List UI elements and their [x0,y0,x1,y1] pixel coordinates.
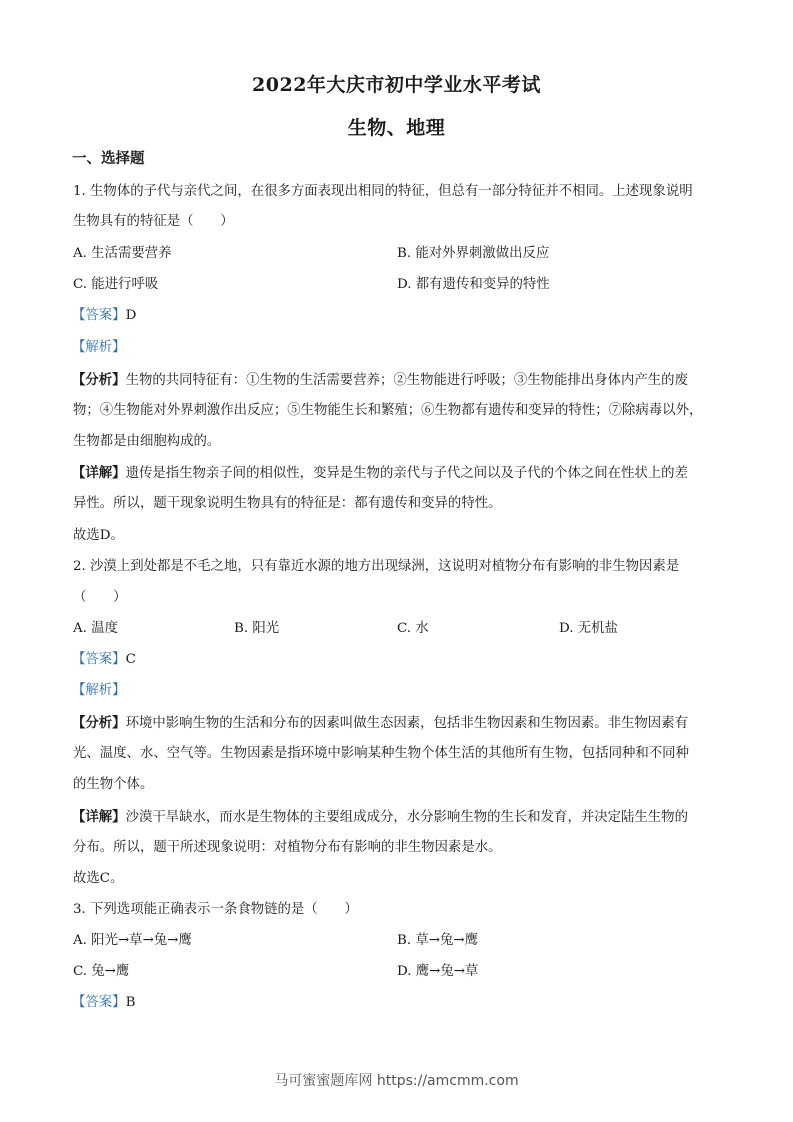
q1-detail-line-2: 异性。所以，题干现象说明生物具有的特征是：都有遗传和变异的特性。 [73,495,723,513]
q3-answer-value: B [126,995,136,1010]
q3-stem-line-1: 3. 下列选项能正确表示一条食物链的是（ ） [73,901,723,919]
answer-tag: 【答案】 [72,995,126,1010]
q1-analysis-line-3: 生物都是由细胞构成的。 [73,433,723,451]
q3-option-c: C. 兔→鹰 [73,963,129,981]
q1-option-b: B. 能对外界刺激做出反应 [397,245,549,263]
analysis-tag: 【分析】 [72,372,126,388]
answer-tag: 【答案】 [72,652,126,667]
q1-option-d: D. 都有遗传和变异的特性 [397,276,550,294]
q2-detail-line-2: 分布。所以，题干所述现象说明：对植物分布有影响的非生物因素是水。 [73,839,723,857]
q1-option-c: C. 能进行呼吸 [73,276,158,294]
document-title: 2022年大庆市初中学业水平考试 [0,70,793,97]
q3-option-b: B. 草→兔→鹰 [397,932,478,950]
q1-explanation-tag: 【解析】 [72,339,722,357]
q2-conclusion: 故选C。 [73,870,723,888]
q1-answer-value: D [126,308,137,323]
q2-stem-line-1: 2. 沙漠上到处都是不毛之地，只有靠近水源的地方出现绿洲，这说明对植物分布有影响… [73,558,723,576]
q1-conclusion: 故选D。 [73,527,723,545]
q2-analysis-line-1: 【分析】环境中影响生物的生活和分布的因素叫做生态因素，包括非生物因素和生物因素。… [72,714,722,733]
q2-detail-line-1: 【详解】沙漠干旱缺水，而水是生物体的主要组成成分，水分影响生物的生长和发育，并决… [72,808,722,827]
q1-detail-line-1: 【详解】遗传是指生物亲子间的相似性，变异是生物的亲代与子代之间以及子代的个体之间… [72,464,722,483]
q3-answer: 【答案】B [72,994,722,1012]
q2-option-d: D. 无机盐 [559,620,618,638]
answer-tag: 【答案】 [72,308,126,323]
q2-option-b: B. 阳光 [234,620,279,638]
document-page: 2022年大庆市初中学业水平考试 生物、地理 一、选择题 1. 生物体的子代与亲… [0,0,793,1122]
q1-analysis-line-2: 物；④生物能对外界刺激作出反应；⑤生物能生长和繁殖；⑥生物都有遗传和变异的特性；… [73,402,723,420]
q1-option-a: A. 生活需要营养 [73,245,172,263]
q1-stem-line-1: 1. 生物体的子代与亲代之间，在很多方面表现出相同的特征，但总有一部分特征并不相… [73,183,723,201]
q3-option-d: D. 鹰→兔→草 [397,963,478,981]
q1-stem-line-2: 生物具有的特征是（ ） [73,213,723,231]
q2-option-c: C. 水 [397,620,429,638]
q2-answer: 【答案】C [72,651,722,669]
document-subtitle: 生物、地理 [0,113,793,140]
detail-tag: 【详解】 [72,809,126,825]
q1-answer: 【答案】D [72,307,722,325]
q2-option-a: A. 温度 [73,620,118,638]
q2-analysis-line-2: 光、温度、水、空气等。生物因素是指环境中影响某种生物个体生活的其他所有生物，包括… [73,745,723,763]
q2-stem-line-2: （ ） [73,589,723,607]
section-heading: 一、选择题 [72,150,722,168]
detail-tag: 【详解】 [72,465,126,481]
watermark-footer: 马可蜜蜜题库网 https://amcmm.com [0,1070,793,1090]
q2-answer-value: C [126,652,136,667]
q1-analysis-line-1: 【分析】生物的共同特征有：①生物的生活需要营养；②生物能进行呼吸；③生物能排出身… [72,371,722,390]
analysis-tag: 【分析】 [72,715,126,731]
q2-analysis-line-3: 的生物个体。 [73,776,723,794]
q3-option-a: A. 阳光→草→兔→鹰 [73,932,192,950]
q2-explanation-tag: 【解析】 [72,682,722,700]
